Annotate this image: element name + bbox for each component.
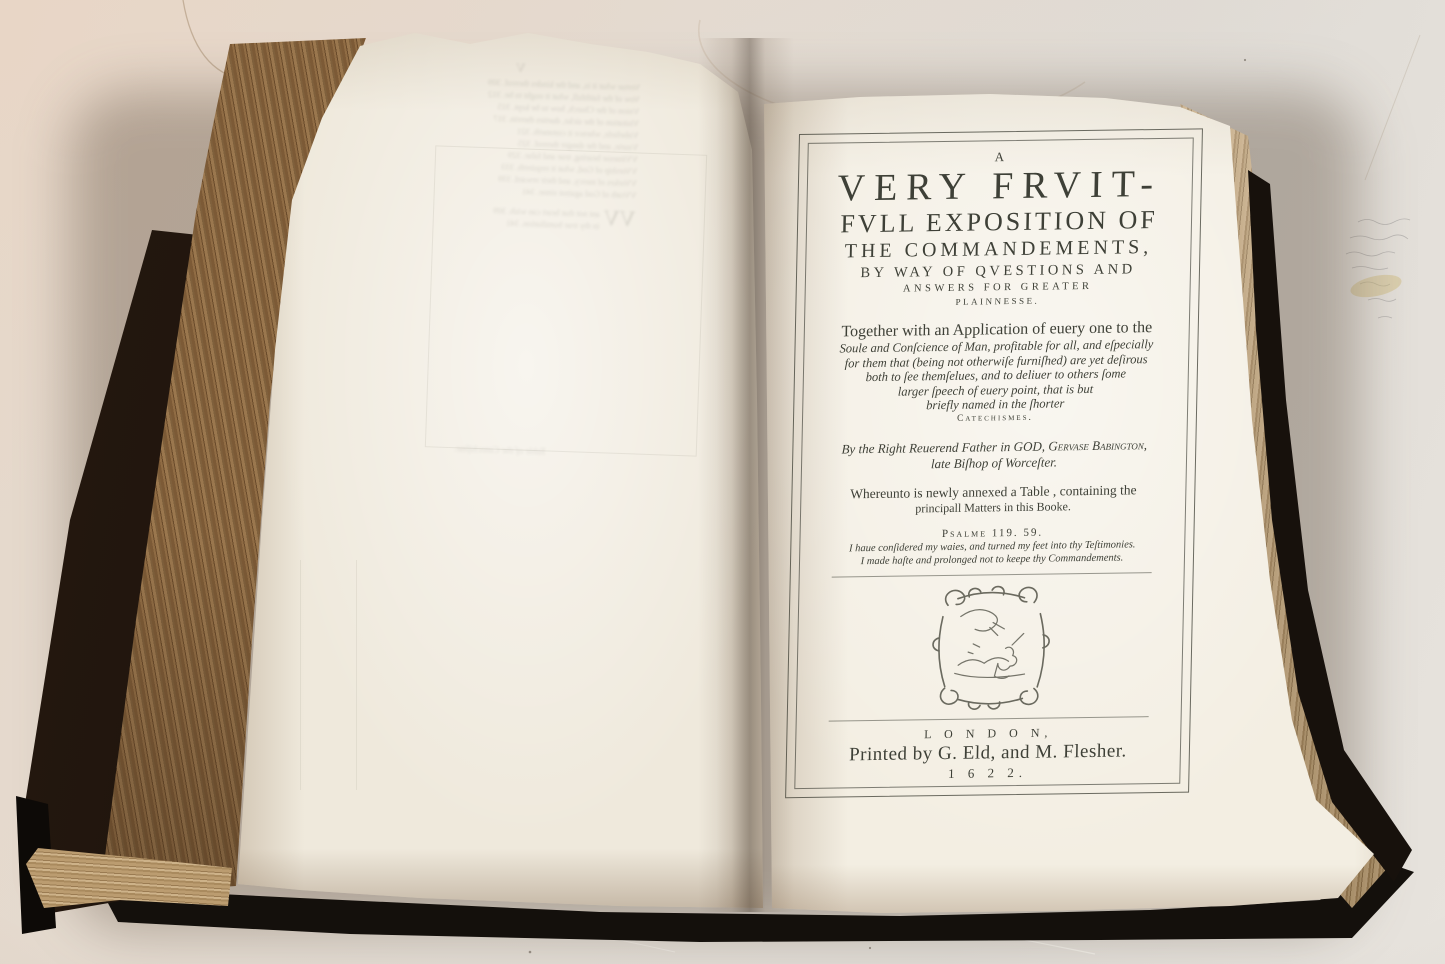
- separator-rule-lower: [829, 716, 1149, 721]
- scratch-highlight: [620, 940, 675, 952]
- imprint-year: 1 6 2 2.: [948, 764, 1027, 782]
- showthrough-index-lines: Vertue what it is, and the kindes thereo…: [396, 73, 640, 201]
- page-crease: [300, 560, 301, 790]
- author-line-2: late Biſhop of Worceſter.: [931, 454, 1057, 472]
- author-name: Gervase Babington,: [1048, 437, 1147, 453]
- showthrough-index-text: V Vertue what it is, and the kindes ther…: [395, 54, 641, 233]
- title-article: A: [995, 149, 1007, 165]
- title-line-2: FVLL EXPOSITION OF: [840, 205, 1158, 239]
- subtitle-catechismes: Catechismes.: [957, 411, 1033, 425]
- showthrough-initial-row: VV ant not that heart can wish. 309in th…: [395, 201, 636, 233]
- psalm-heading: Psalme 119. 59.: [942, 525, 1044, 540]
- showthrough-w-lines: ant not that heart can wish. 309in thy t…: [493, 204, 600, 232]
- title-line-6: PLAINNESSE.: [955, 295, 1039, 308]
- page-crease: [356, 560, 357, 790]
- author-prefix: By the Right Reuerend Father in GOD,: [841, 438, 1048, 456]
- photo-scene: V Vertue what it is, and the kindes ther…: [0, 0, 1445, 964]
- title-line-1: VERY FRVIT-: [837, 163, 1162, 210]
- printer-device-woodcut-icon: [905, 580, 1076, 712]
- subtitle-line-6: briefly named in the ſhorter: [926, 396, 1064, 412]
- psalm-line-2: I made haſte and prolonged not to keepe …: [861, 551, 1124, 568]
- gutter-shadow: [698, 38, 794, 912]
- showthrough-initial-w: VV: [603, 208, 635, 229]
- separator-rule-upper: [832, 572, 1152, 577]
- annex-line-2: principall Matters in this Booke.: [915, 499, 1071, 516]
- scratch-line: [1365, 35, 1420, 180]
- left-page: V Vertue what it is, and the kindes ther…: [236, 32, 764, 910]
- title-border-frame-inner: A VERY FRVIT- FVLL EXPOSITION OF THE COM…: [794, 137, 1193, 789]
- title-line-5: ANSWERS FOR GREATER: [903, 280, 1093, 297]
- title-line-4: BY WAY OF QVESTIONS AND: [860, 260, 1136, 283]
- imprint-printer: Printed by G. Eld, and M. Flesher.: [849, 739, 1127, 766]
- title-border-frame: A VERY FRVIT- FVLL EXPOSITION OF THE COM…: [785, 128, 1203, 798]
